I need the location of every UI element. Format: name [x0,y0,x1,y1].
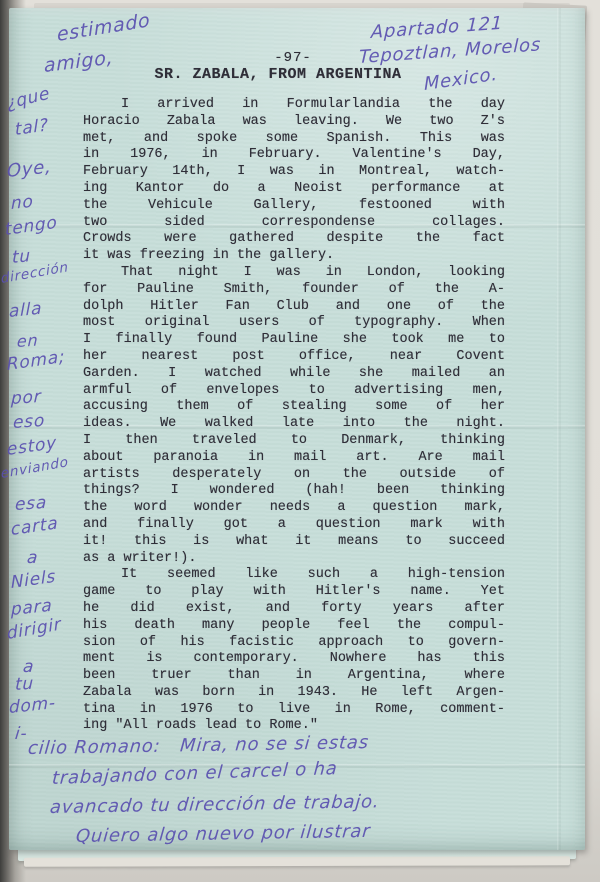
handwritten-word: i- [14,724,29,744]
typed-line: her nearest post office, near Covent [83,349,505,366]
typed-line: his death many people feel the compul- [83,618,505,635]
typed-line: it was freezing in the gallery. [83,248,505,265]
typed-line: ing Kantor do a Neoist performance at [83,181,505,198]
typed-line: That night I was in London, looking [83,265,505,282]
stacked-sheet-under [24,856,570,866]
typed-line: for Pauline Smith, founder of the A- [83,282,505,299]
typed-line: about paranoia in mail art. Are mail [83,450,505,467]
typed-line: Garden. I watched while she mailed an [83,366,505,383]
photo-of-letter: -97- SR. ZABALA, FROM ARGENTINA I arrive… [0,0,600,882]
typed-line: I finally found Pauline she took me to [83,332,505,349]
typed-line: Horacio Zabala was leaving. We two Z's [83,114,505,131]
handwritten-word: no [11,192,34,214]
typed-line: Zabala was born in 1943. He left Argen- [83,685,505,702]
typed-line: accusing them of stealing some of her [83,399,505,416]
typed-line: It seemed like such a high-tension [83,567,505,584]
typed-letter-body: I arrived in Formularlandia the dayHorac… [83,97,505,735]
typed-line: two sided correspondense collages. [83,215,505,232]
handwritten-word: tu [12,246,31,268]
typed-line: Crowds were gathered despite the fact [83,231,505,248]
handwritten-word: tu [15,674,35,695]
typed-line: tina in 1976 to live in Rome, comment- [83,702,505,719]
typed-line: February 14th, I was in Montreal, watch- [83,164,505,181]
typed-line: the word wonder needs a question mark, [83,500,505,517]
typed-line: in 1976, in February. Valentine's Day, [83,147,505,164]
typed-line: I arrived in Formularlandia the day [83,97,505,114]
typed-line: most original users of typography. When [83,315,505,332]
typed-line: ment is contemporary. Nowhere has this [83,651,505,668]
handwritten-word: por [11,387,42,409]
handwritten-word: en [17,330,39,351]
handwritten-word: alla [9,298,42,322]
typed-line: it! this is what it means to succeed [83,534,505,551]
typed-line: met, and spoke some Spanish. This was [83,131,505,148]
typed-line: dolph Hitler Fan Club and one of the [83,299,505,316]
typed-line: armful of envelopes to advertising men, [83,383,505,400]
handwritten-word: eso [13,411,46,433]
typed-line: as a writer!). [83,551,505,568]
typed-line: and finally got a question mark with [83,517,505,534]
typed-line: he did exist, and forty years after [83,601,505,618]
typed-line: game to play with Hitler's name. Yet [83,584,505,601]
typed-line: been truer than in Argentina, where [83,668,505,685]
typed-line: sion of his facistic approach to govern- [83,635,505,652]
typed-line: things? I wondered (hah! been thinking [83,483,505,500]
typed-line: artists desperately on the outside of [83,467,505,484]
typed-line: ideas. We walked late into the night. [83,416,505,433]
typed-line: the Vehicule Gallery, festooned with [83,198,505,215]
typed-line: I then traveled to Denmark, thinking [83,433,505,450]
handwritten-word: a [26,548,39,568]
paper-crease-vertical [557,8,561,850]
handwritten-word: esa [15,493,48,515]
